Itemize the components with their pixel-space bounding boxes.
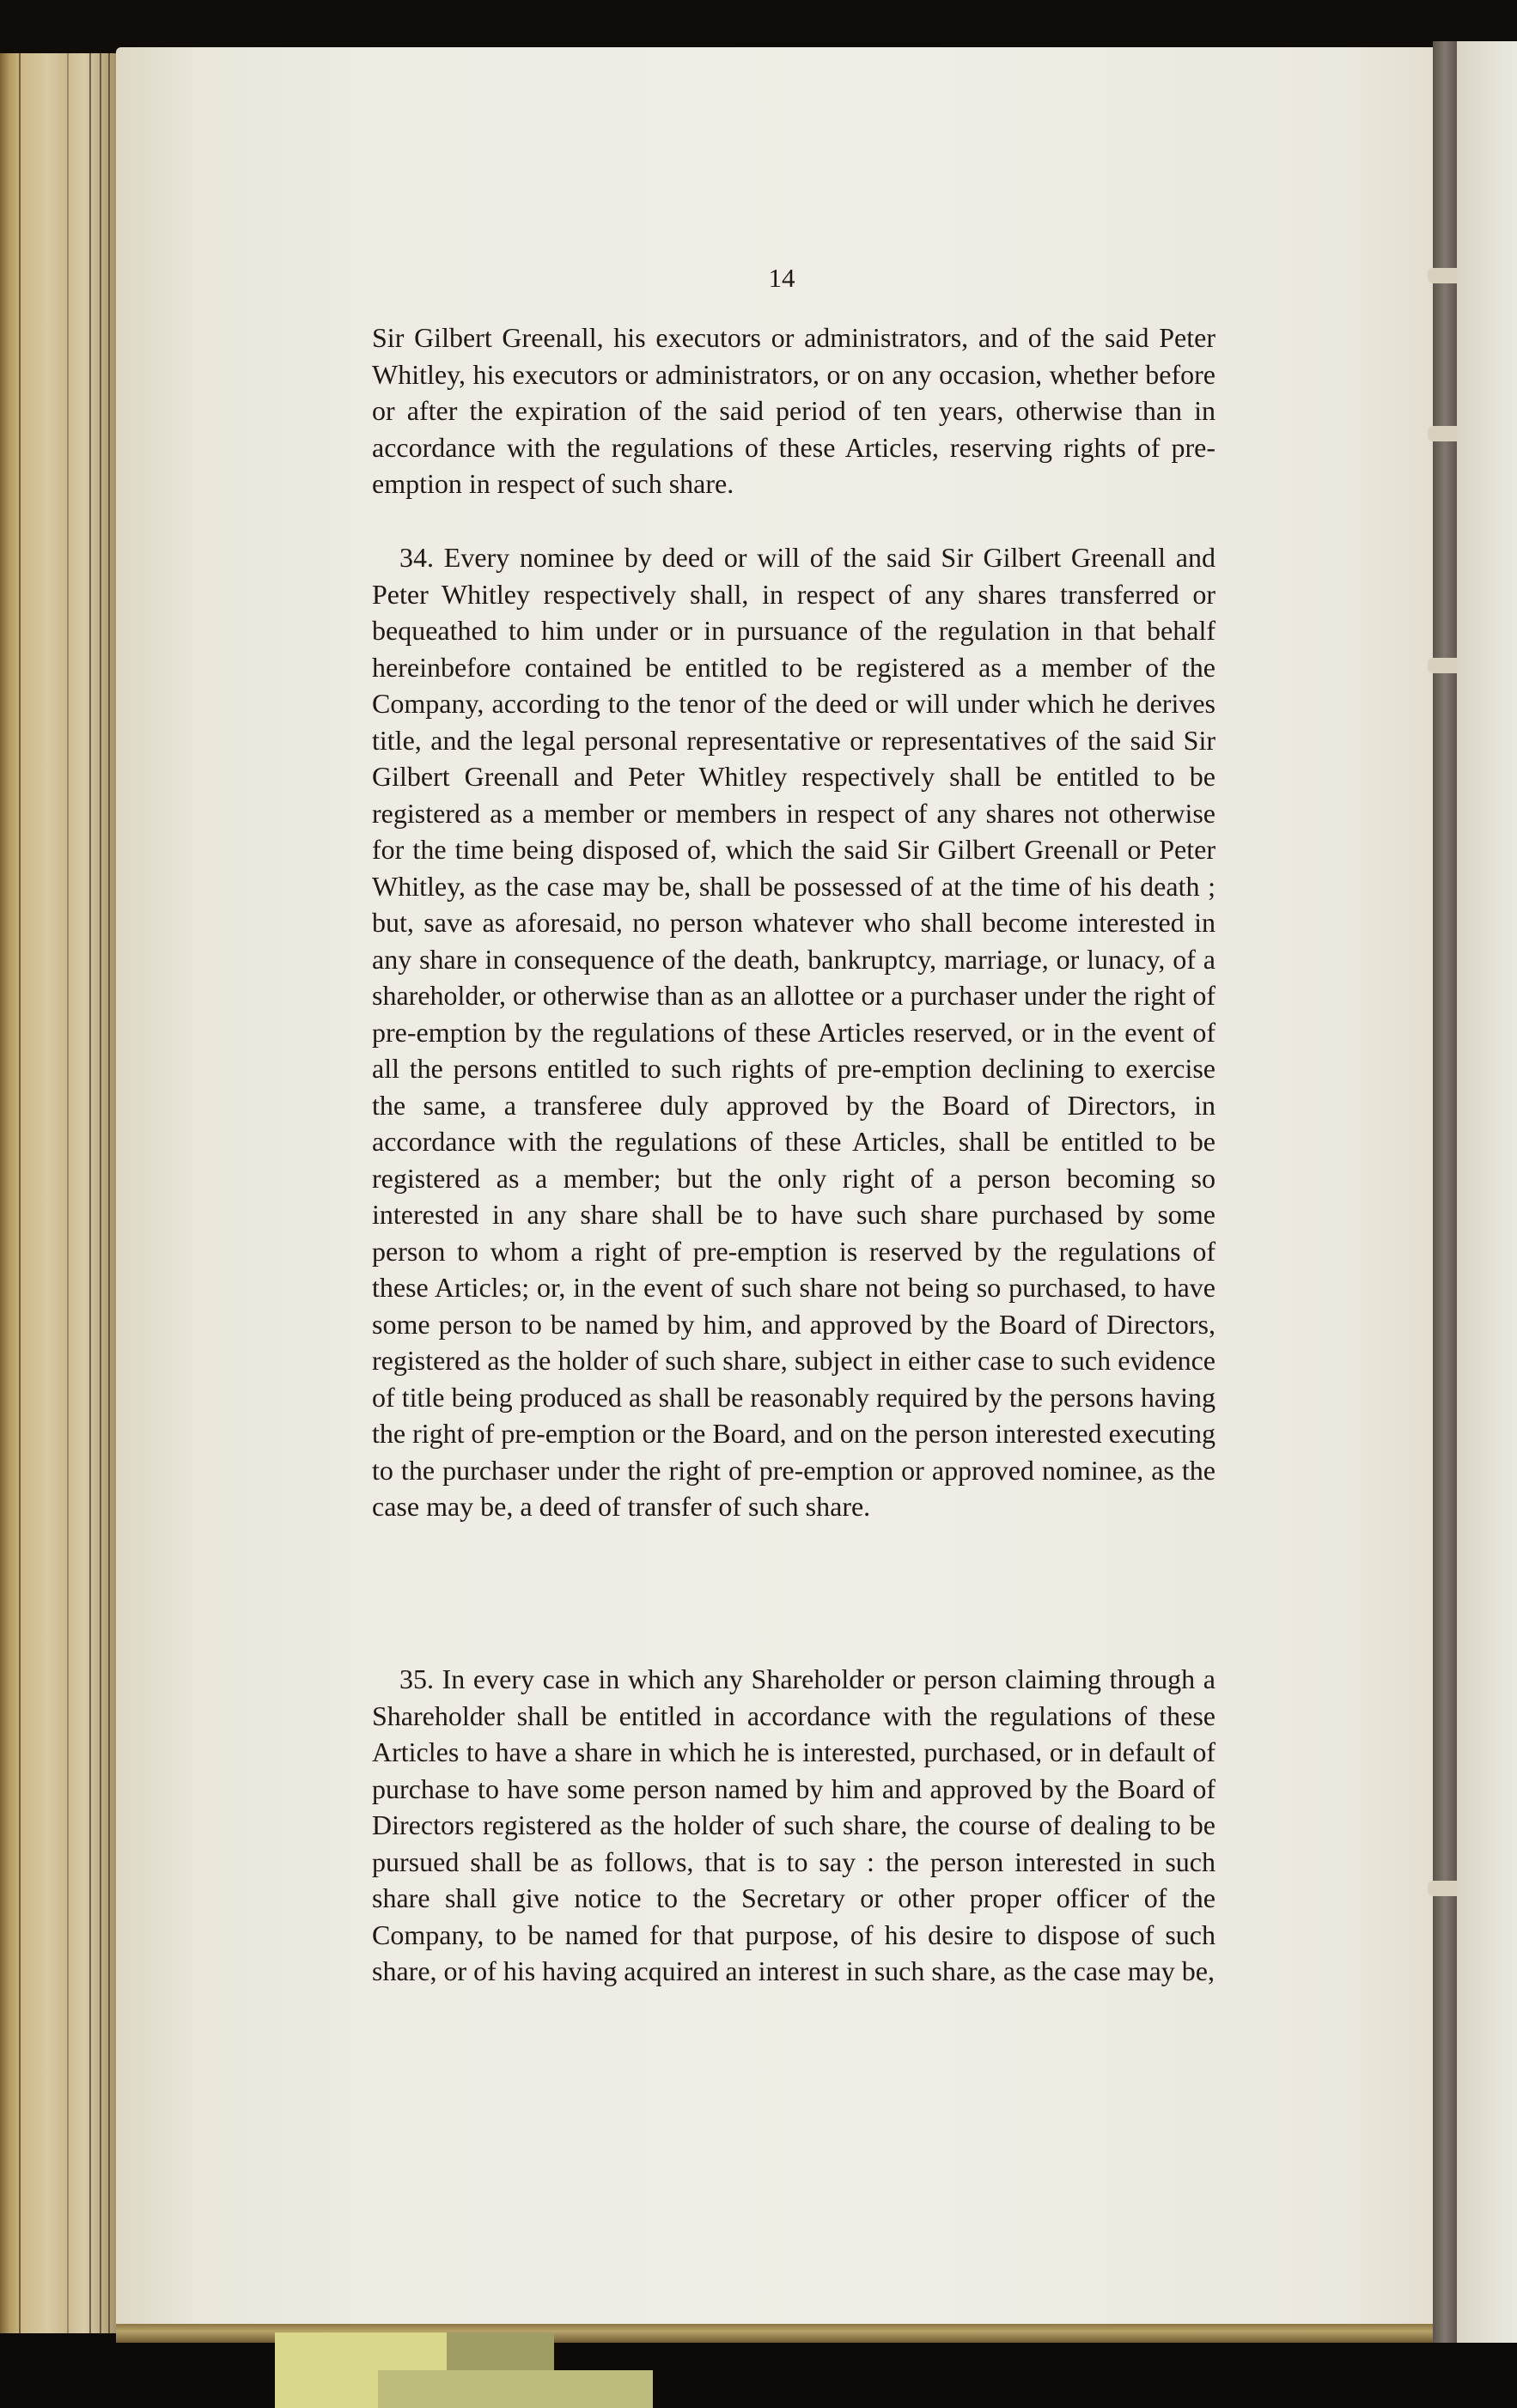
binding-gutter — [1433, 41, 1457, 2343]
article-text: Every nominee by deed or will of the sai… — [372, 542, 1215, 1522]
article-number: 35. — [399, 1663, 434, 1694]
article-34: 34. Every nominee by deed or will of the… — [372, 539, 1215, 1525]
yellow-slip — [378, 2370, 653, 2408]
continuation-paragraph: Sir Gilbert Greenall, his executors or a… — [372, 319, 1215, 502]
article-35: 35. In every case in which any Sharehold… — [372, 1661, 1215, 1990]
page-number: 14 — [756, 263, 807, 294]
facing-page-edge — [1457, 41, 1517, 2343]
article-paragraph: 34. Every nominee by deed or will of the… — [372, 539, 1215, 1525]
article-paragraph: 35. In every case in which any Sharehold… — [372, 1661, 1215, 1990]
article-text: In every case in which any Shareholder o… — [372, 1663, 1215, 1986]
article-number: 34. — [399, 542, 434, 573]
stacked-page-edges — [0, 53, 120, 2333]
paragraph-text: Sir Gilbert Greenall, his executors or a… — [372, 319, 1215, 502]
